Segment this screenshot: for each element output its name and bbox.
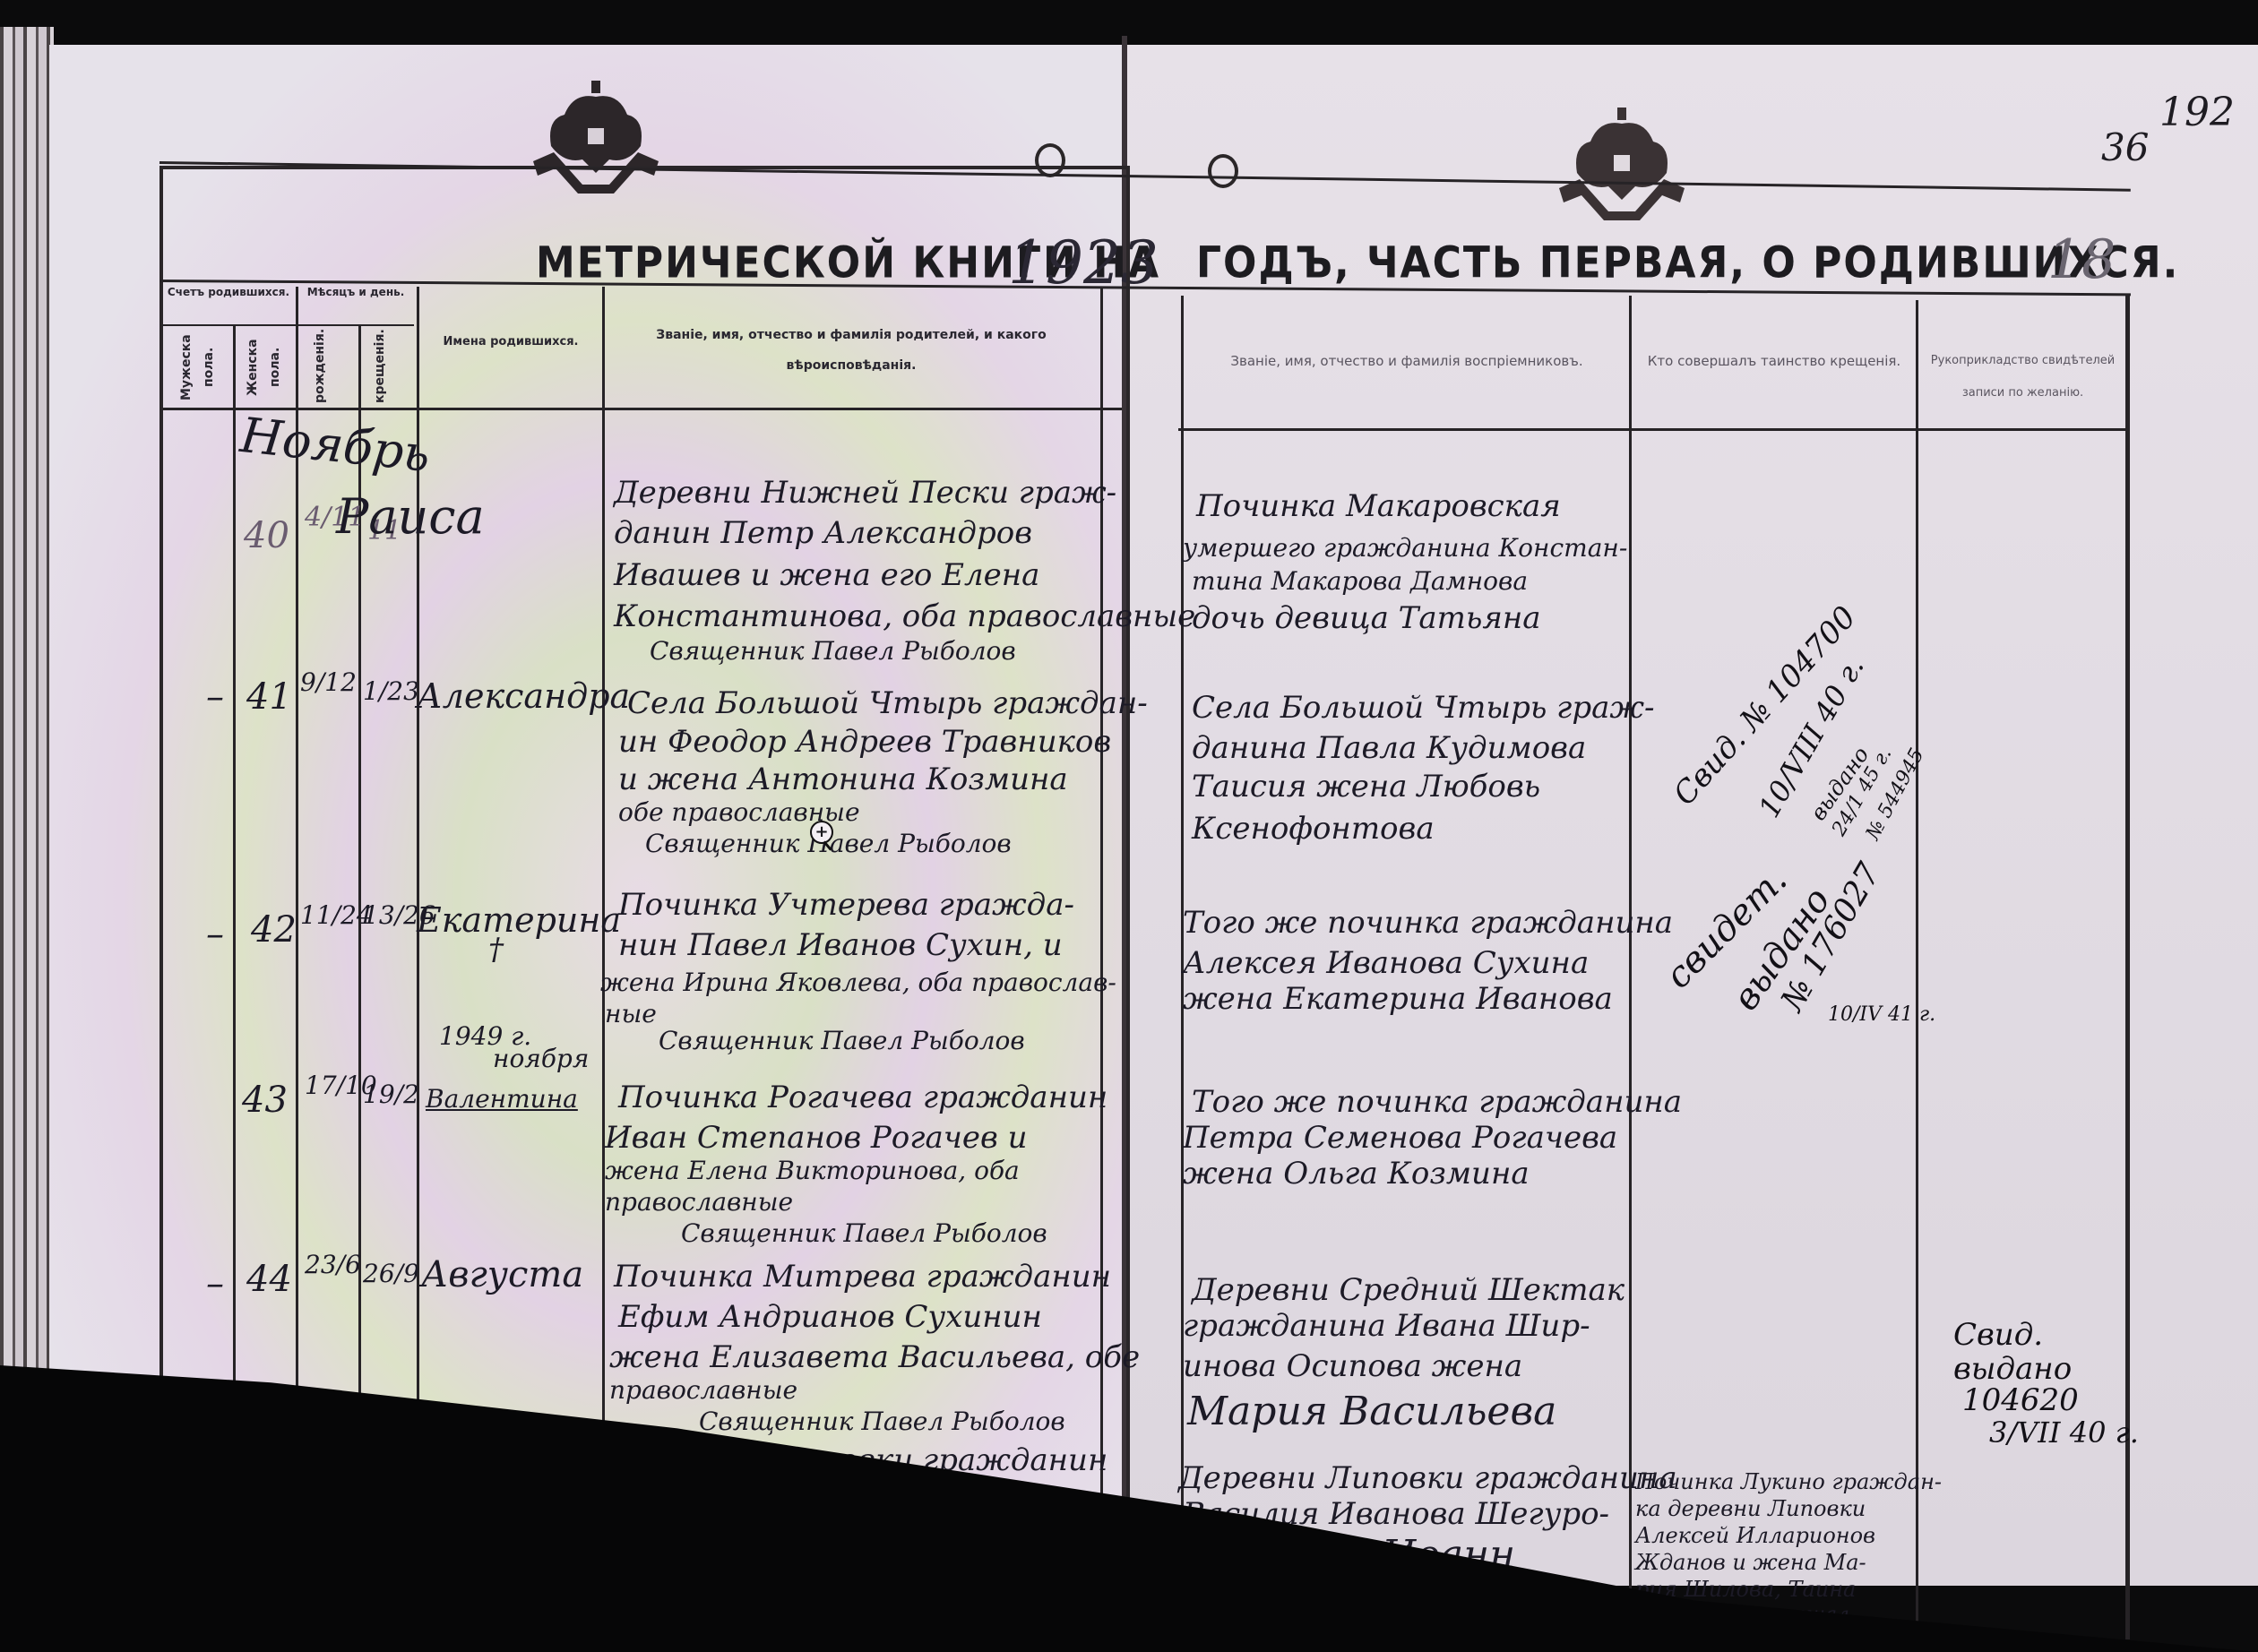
death-mark-icon: † xyxy=(488,932,504,968)
folio-number-bottom: 36 xyxy=(2101,125,2149,169)
priest-signature: Священник Павел Рыболов xyxy=(699,1407,1065,1436)
entry-number: 44 xyxy=(246,1259,292,1300)
priest-signature: Священник Павел Рыболов xyxy=(650,636,1016,666)
header-signatures: Рукоприкладство свидѣтелей записи по жел… xyxy=(1922,345,2124,410)
book-spread: 192 36 МЕТРИЧЕСКОЙ КНИГИ НА 1923 ГОДЪ, Ч… xyxy=(0,0,2258,1652)
godparents-line: тина Макарова Дамнова xyxy=(1192,566,1528,596)
child-name: Екатерина xyxy=(417,900,621,940)
certificate-note: 3/VII 40 г. xyxy=(1989,1415,2139,1450)
header-male: Мужеска пола. xyxy=(176,331,220,403)
performed-by-line: Починка Лукино граждан- xyxy=(1635,1469,1942,1494)
performed-by-line: Алексей Илларионов xyxy=(1635,1523,1875,1548)
handwritten-part-number: 18 xyxy=(2047,228,2116,291)
parents-line: православные xyxy=(609,1375,797,1405)
parents-line: и жена Антонина Козмина xyxy=(618,761,1068,797)
parents-line: данин Петр Александров xyxy=(614,515,1032,551)
folio-number-top: 192 xyxy=(2159,90,2235,135)
col-divider xyxy=(1629,296,1632,1639)
name-annotation: ноября xyxy=(493,1044,589,1073)
header-baptism: крещенія. xyxy=(369,331,392,403)
godparents-line: жена Екатерина Иванова xyxy=(1183,981,1613,1017)
parents-line: нин Павел Иванов Сухин, и xyxy=(618,927,1063,963)
certificate-note: 10/IV 41 г. xyxy=(1828,1003,1935,1026)
imperial-eagle-crest-icon xyxy=(1555,106,1689,222)
header-names: Имена родившихся. xyxy=(421,331,600,352)
godparents-line: Алексея Иванова Сухина xyxy=(1183,945,1589,981)
baptism-date: 19/2 xyxy=(363,1080,419,1109)
baptism-date: 1/23 xyxy=(363,676,419,706)
header-parents: Званіе, имя, отчество и фамилія родителе… xyxy=(609,321,1093,381)
birth-date: 23/6 xyxy=(305,1250,361,1279)
parents-line: жена Елена Викторинова, оба xyxy=(605,1156,1020,1185)
godparents-line: Того же починка гражданина xyxy=(1183,905,1673,941)
parents-line: Починка Рогачева гражданин xyxy=(618,1080,1107,1115)
header-birth: рожденія. xyxy=(309,331,332,403)
birth-date: 9/12 xyxy=(300,667,357,697)
header-godparents: Званіе, имя, отчество и фамилія воспріем… xyxy=(1192,345,1622,379)
subheader-rule xyxy=(163,324,414,326)
header-female: Женска пола. xyxy=(242,331,287,403)
male-mark: – xyxy=(206,676,224,718)
parents-line: Ефим Андрианов Сухинин xyxy=(618,1299,1042,1335)
male-mark: – xyxy=(206,914,224,955)
godparents-line: умершего гражданина Констан- xyxy=(1183,533,1627,563)
godparents-line: Деревни Липовки гражданина xyxy=(1178,1460,1677,1496)
entry-number: 42 xyxy=(251,909,297,951)
parents-line: ные xyxy=(605,999,657,1028)
godparents-line: Таисия жена Любовь xyxy=(1192,769,1540,804)
child-name: Александра xyxy=(417,676,630,716)
col-divider xyxy=(417,287,419,1595)
godparents-line: инова Осипова жена xyxy=(1183,1348,1522,1384)
performed-by-line: Жданов и жена Ма- xyxy=(1635,1550,1866,1575)
godparents-line: гражданина Ивана Шир- xyxy=(1183,1308,1590,1344)
parents-line: жена Елизавета Васильева, обе xyxy=(609,1339,1140,1375)
godparents-line: Деревни Средний Шектак xyxy=(1192,1272,1625,1308)
godparents-line: Села Большой Чтырь граж- xyxy=(1192,690,1655,726)
certificate-note: выдано xyxy=(1953,1351,2072,1387)
col-divider xyxy=(1916,300,1918,1644)
parents-line: Деревни Нижней Пески граж- xyxy=(614,475,1116,511)
parents-line: Иван Степанов Рогачев и xyxy=(605,1120,1027,1156)
book-binding xyxy=(0,27,54,1550)
certificate-note: Свид. xyxy=(1953,1317,2043,1353)
parents-line: Константинова, оба православные xyxy=(614,598,1195,634)
priest-signature: Священник Павел Рыболов xyxy=(659,1026,1025,1055)
zoom-cursor-icon[interactable]: + xyxy=(810,821,833,844)
baptism-date: 26/9 xyxy=(363,1259,419,1288)
header-bottom-rule-left xyxy=(163,408,1122,410)
male-mark: – xyxy=(206,1263,224,1304)
parents-line: Починка Учтерева гражда- xyxy=(618,887,1074,923)
entry-number: 43 xyxy=(242,1080,288,1121)
parents-line: православные xyxy=(605,1187,793,1217)
header-performed-by: Кто совершалъ таинство крещенія. xyxy=(1640,345,1909,379)
godparents-line: Мария Васильева xyxy=(1187,1389,1556,1434)
birth-date: 11/24 xyxy=(300,900,373,930)
performed-by-line: ка деревни Липовки xyxy=(1635,1496,1866,1521)
godparents-line: Петра Семенова Рогачева xyxy=(1183,1120,1617,1156)
godparents-line: дочь девица Татьяна xyxy=(1192,600,1541,636)
godparents-line: Починка Макаровская xyxy=(1196,488,1561,524)
header-bottom-rule-right xyxy=(1178,428,2128,431)
child-name: Раиса xyxy=(336,488,485,545)
child-name: Валентина xyxy=(426,1084,578,1114)
godparents-line: Ксенофонтова xyxy=(1192,811,1435,847)
certificate-note: 104620 xyxy=(1962,1382,2079,1418)
binder-hole-icon xyxy=(1208,154,1238,188)
title-right: ГОДЪ, ЧАСТЬ ПЕРВАЯ, О РОДИВШИХСЯ. xyxy=(1196,237,2179,288)
parents-line: жена Ирина Яковлева, оба православ- xyxy=(600,968,1116,997)
godparents-line: жена Ольга Козмина xyxy=(1183,1156,1530,1192)
entry-number: 40 xyxy=(244,515,289,556)
child-name: Августа xyxy=(421,1254,583,1295)
header-month-day: Мѣсяцъ и день. xyxy=(297,285,414,300)
header-count-born: Счетъ родившихся. xyxy=(166,285,291,300)
parents-line: Села Большой Чтырь граждан- xyxy=(627,685,1148,721)
godparents-line: данина Павла Кудимова xyxy=(1192,730,1586,766)
godparents-line: Того же починка гражданина xyxy=(1192,1084,1682,1120)
entry-number: 41 xyxy=(246,676,292,718)
priest-signature: Священник Павел Рыболов xyxy=(681,1218,1047,1248)
parents-line: Починка Митрева гражданин xyxy=(614,1259,1111,1295)
parents-line: ин Феодор Андреев Травников xyxy=(618,724,1111,760)
parents-line: Ивашев и жена его Елена xyxy=(614,557,1039,593)
